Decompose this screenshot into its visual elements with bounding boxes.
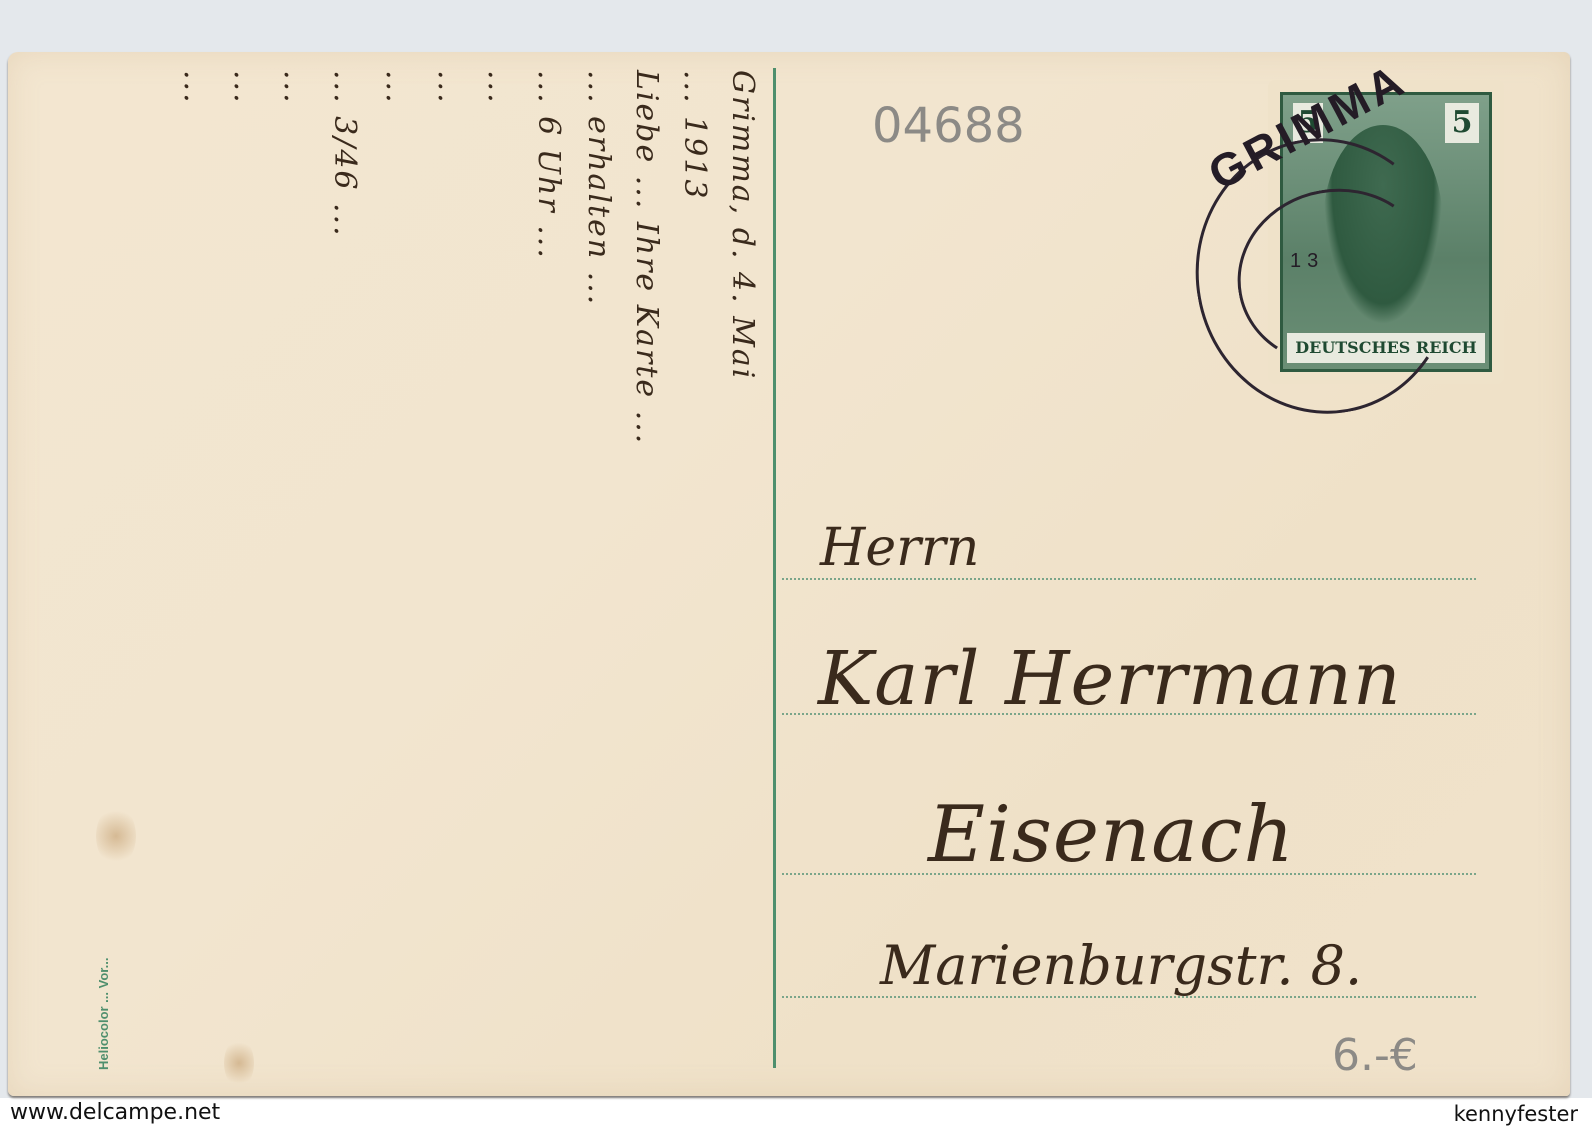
watermark-seller: kennyfester	[1454, 1102, 1578, 1126]
watermark-delcampe: www.delcampe.net	[10, 1100, 220, 1125]
inventory-number: 04688	[872, 98, 1025, 154]
address-name: Karl Herrmann	[818, 636, 1402, 722]
address-street: Marienburgstr. 8.	[880, 934, 1362, 997]
message-line: ...	[379, 70, 414, 105]
message-line: ... erhalten ...	[581, 70, 616, 306]
message-line: Liebe ... Ihre Karte ...	[629, 70, 664, 445]
message-line: ...	[227, 70, 262, 105]
stamp-value: 5	[1445, 103, 1479, 143]
message-line: ...	[431, 70, 466, 105]
address-line-1	[782, 578, 1476, 580]
address-city: Eisenach	[928, 790, 1295, 880]
postcard-divider-line	[773, 68, 776, 1068]
message-line: ... 6 Uhr ...	[531, 70, 566, 260]
message-line: Grimma, d. 4. Mai	[725, 70, 760, 380]
message-line: ... 3/46 ...	[327, 70, 362, 238]
stain	[96, 806, 136, 866]
stain	[224, 1038, 254, 1088]
message-line: ...	[277, 70, 312, 105]
message-line: ...	[481, 70, 516, 105]
postmark-date: 13	[1290, 250, 1324, 273]
address-salutation: Herrn	[820, 518, 979, 578]
message-line: ...	[177, 70, 212, 105]
price-note: 6.-€	[1332, 1030, 1418, 1081]
publisher-imprint: Heliocolor ... Vor...	[96, 958, 111, 1070]
message-line: ... 1913	[677, 70, 712, 201]
postmark-inner-ring	[1224, 173, 1448, 380]
